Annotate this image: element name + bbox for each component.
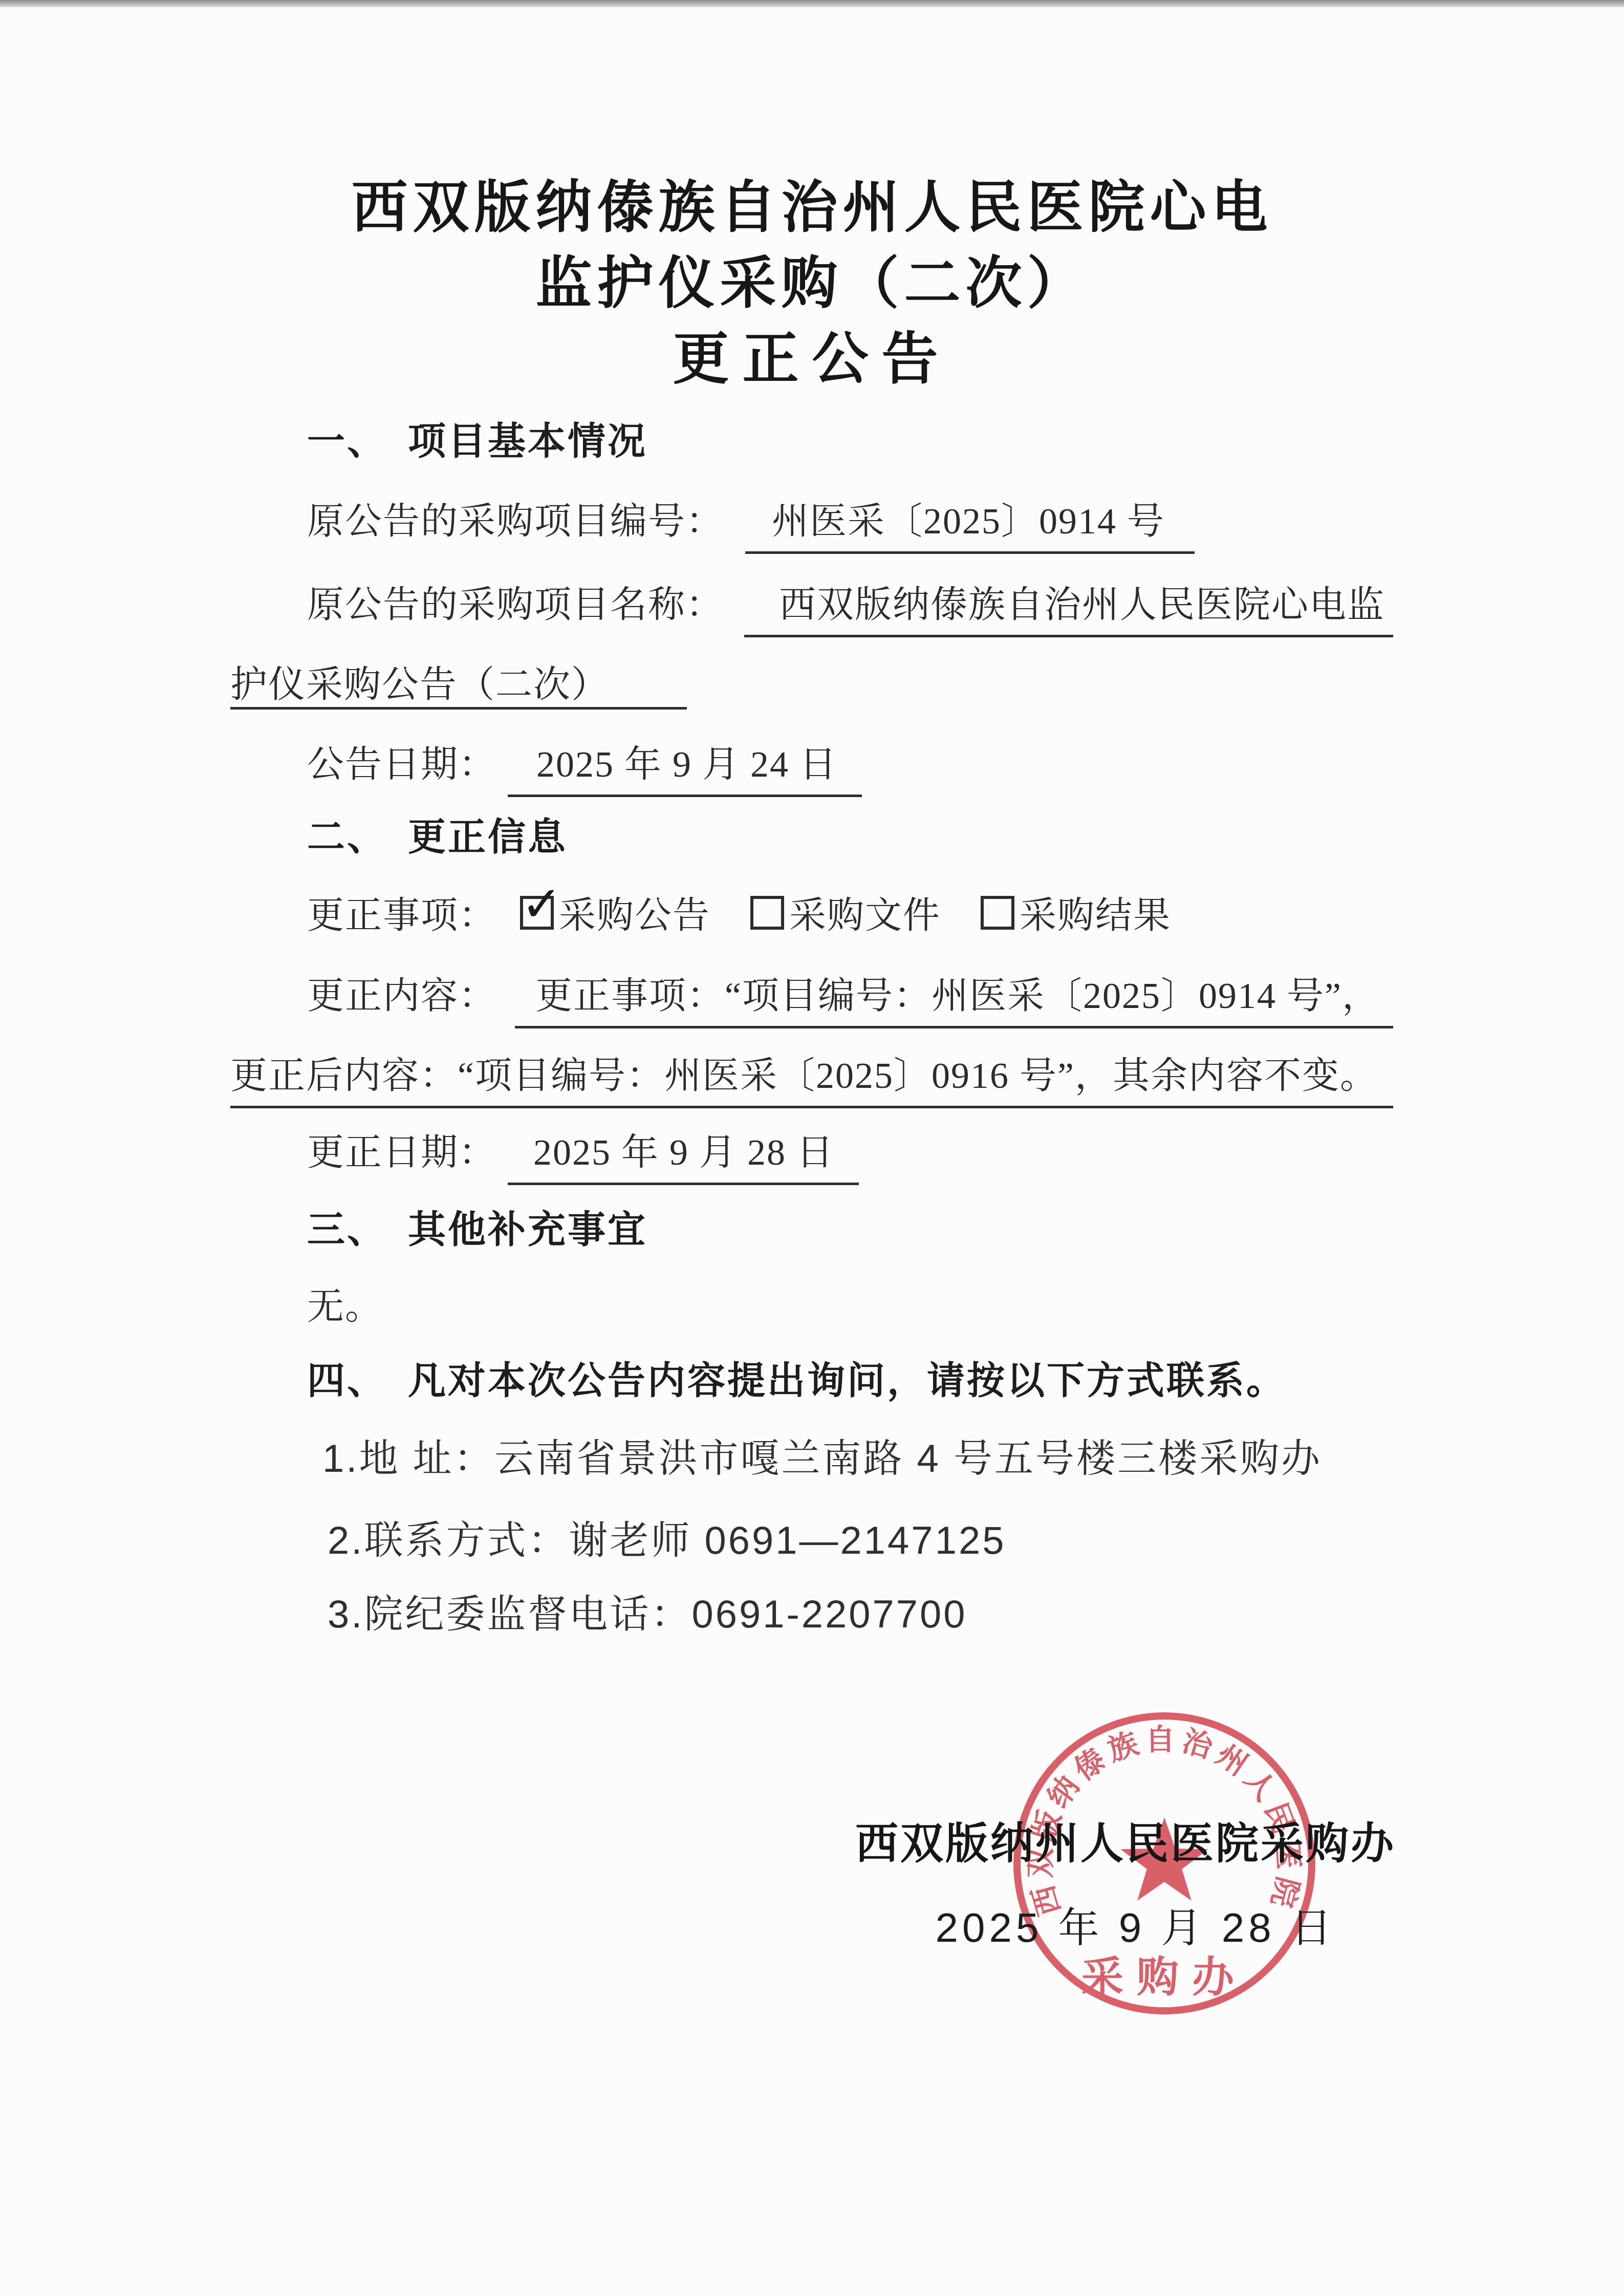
check-mark-icon: ✓ [521,879,563,929]
option-label-result: 采购结果 [1020,895,1171,936]
project-number-row: 原公告的采购项目编号： 州医采〔2025〕0914 号 [307,493,1195,554]
project-name-value-line1: 西双版纳傣族自治州人民医院心电监 [744,576,1393,637]
scanned-notice-page: 西双版纳傣族自治州人民医院心电 监护仪采购（二次） 更正公告 一、 项目基本情况… [0,0,1624,2296]
announce-date-value: 2025 年 9 月 24 日 [508,736,862,797]
option-label-announcement: 采购公告 [559,895,710,936]
option-procurement-announcement: ✓ 采购公告 [520,895,721,936]
announce-date-label: 公告日期： [307,736,496,792]
correction-date-value: 2025 年 9 月 28 日 [508,1124,859,1185]
project-number-label: 原公告的采购项目编号： [307,493,724,549]
correction-content-value-line1: 更正事项：“项目编号：州医采〔2025〕0914 号”， [515,968,1393,1028]
project-number-value: 州医采〔2025〕0914 号 [745,493,1195,554]
project-name-label: 原公告的采购项目名称： [307,576,724,633]
project-name-continuation: 护仪采购公告（二次） [230,656,687,713]
checkbox-procurement-result [981,896,1014,930]
section3-heading: 三、 其他补充事宜 [307,1203,647,1256]
page-title-line-2: 监护仪采购（二次） [0,248,1624,319]
correction-items-label: 更正事项： [307,895,496,936]
page-title-line-1: 西双版纳傣族自治州人民医院心电 [0,172,1624,244]
option-procurement-document: 采购文件 [750,895,951,936]
section4-heading: 四、 凡对本次公告内容提出询问，请按以下方式联系。 [307,1354,1286,1407]
page-title-line-3: 更正公告 [0,324,1624,395]
contact-phone-line: 2.联系方式：谢老师 0691—2147125 [328,1512,1006,1570]
correction-date-row: 更正日期： 2025 年 9 月 28 日 [307,1124,859,1185]
checkbox-procurement-document [750,896,784,930]
correction-content-label: 更正内容： [307,968,496,1024]
announce-date-row: 公告日期： 2025 年 9 月 24 日 [307,736,862,797]
correction-content-row: 更正内容： 更正事项：“项目编号：州医采〔2025〕0914 号”， [307,968,1393,1028]
project-name-value-line2: 护仪采购公告（二次） [230,664,687,710]
section2-heading: 二、 更正信息 [307,810,568,864]
stamp-bottom-text: 采购办 [1081,1954,1247,2001]
signature-organization: 西双版纳州人民医院采购办 [855,1815,1396,1872]
section1-heading: 一、 项目基本情况 [307,415,647,468]
correction-items-row: 更正事项： ✓ 采购公告 采购文件 采购结果 [307,887,1171,943]
contact-supervision-line: 3.院纪委监督电话：0691-2207700 [328,1586,967,1643]
signature-date: 2025 年 9 月 28 日 [935,1900,1336,1956]
checkbox-procurement-announcement-checked: ✓ [520,896,554,930]
correction-date-label: 更正日期： [307,1124,496,1181]
project-name-row: 原公告的采购项目名称： 西双版纳傣族自治州人民医院心电监 [307,576,1393,637]
correction-content-value-line2: 更正后内容：“项目编号：州医采〔2025〕0916 号”，其余内容不变。 [230,1047,1393,1108]
option-label-document: 采购文件 [789,895,941,936]
section3-body: 无。 [307,1278,383,1335]
correction-content-continuation: 更正后内容：“项目编号：州医采〔2025〕0916 号”，其余内容不变。 [230,1047,1393,1108]
contact-address-line: 1.地 址：云南省景洪市嘎兰南路 4 号五号楼三楼采购办 [322,1430,1322,1488]
scan-edge-artifact [0,0,1624,7]
option-procurement-result: 采购结果 [981,895,1171,936]
